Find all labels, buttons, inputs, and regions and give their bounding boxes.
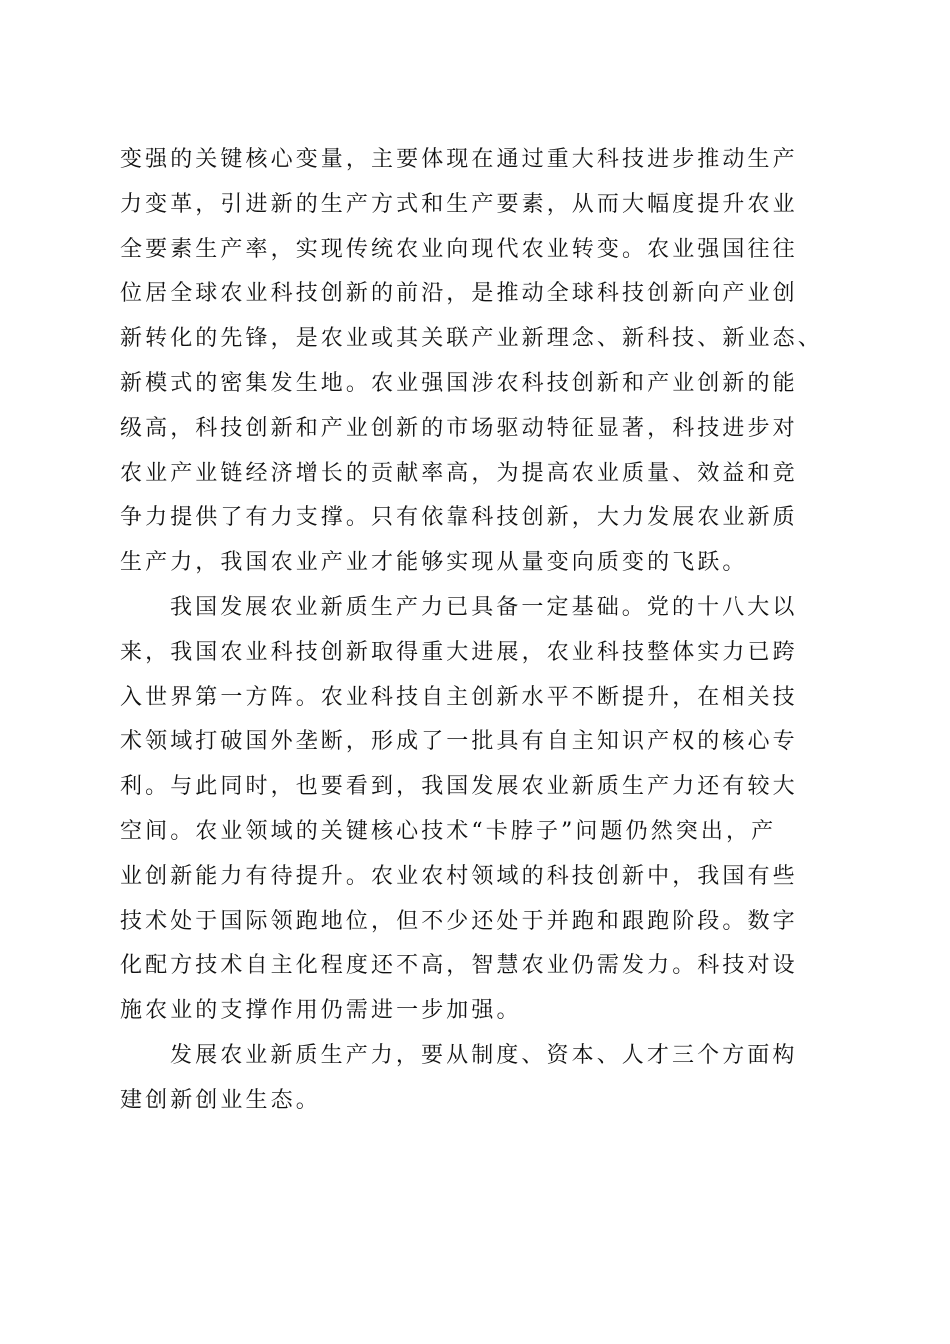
text-line: 全要素生产率，实现传统农业向现代农业转变。农业强国往往 <box>120 228 840 273</box>
text-line: 术领域打破国外垄断，形成了一批具有自主知识产权的核心专 <box>120 720 840 765</box>
text-line: 力变革，引进新的生产方式和生产要素，从而大幅度提升农业 <box>120 183 840 228</box>
text-line: 空间。农业领域的关键核心技术“卡脖子”问题仍然突出，产 <box>120 810 840 855</box>
text-line: 级高，科技创新和产业创新的市场驱动特征显著，科技进步对 <box>120 407 840 452</box>
text-line: 变强的关键核心变量，主要体现在通过重大科技进步推动生产 <box>120 138 840 183</box>
text-line: 施农业的支撑作用仍需进一步加强。 <box>120 989 840 1034</box>
text-line: 农业产业链经济增长的贡献率高，为提高农业质量、效益和竞 <box>120 452 840 497</box>
text-line: 化配方技术自主化程度还不高，智慧农业仍需发力。科技对设 <box>120 944 840 989</box>
text-line: 争力提供了有力支撑。只有依靠科技创新，大力发展农业新质 <box>120 496 840 541</box>
text-line: 发展农业新质生产力，要从制度、资本、人才三个方面构 <box>120 1034 840 1079</box>
document-page: 变强的关键核心变量，主要体现在通过重大科技进步推动生产 力变革，引进新的生产方式… <box>120 138 840 1124</box>
text-line: 来，我国农业科技创新取得重大进展，农业科技整体实力已跨 <box>120 631 840 676</box>
text-line: 生产力，我国农业产业才能够实现从量变向质变的飞跃。 <box>120 541 840 586</box>
paragraph-2: 我国发展农业新质生产力已具备一定基础。党的十八大以 来，我国农业科技创新取得重大… <box>120 586 840 1034</box>
text-line: 业创新能力有待提升。农业农村领域的科技创新中，我国有些 <box>120 855 840 900</box>
paragraph-3: 发展农业新质生产力，要从制度、资本、人才三个方面构 建创新创业生态。 <box>120 1034 840 1124</box>
text-line: 技术处于国际领跑地位，但不少还处于并跑和跟跑阶段。数字 <box>120 900 840 945</box>
text-line: 新模式的密集发生地。农业强国涉农科技创新和产业创新的能 <box>120 362 840 407</box>
text-line: 入世界第一方阵。农业科技自主创新水平不断提升，在相关技 <box>120 676 840 721</box>
text-line: 建创新创业生态。 <box>120 1079 840 1124</box>
paragraph-1: 变强的关键核心变量，主要体现在通过重大科技进步推动生产 力变革，引进新的生产方式… <box>120 138 840 586</box>
text-line: 我国发展农业新质生产力已具备一定基础。党的十八大以 <box>120 586 840 631</box>
text-line: 利。与此同时，也要看到，我国发展农业新质生产力还有较大 <box>120 765 840 810</box>
text-line: 位居全球农业科技创新的前沿，是推动全球科技创新向产业创 <box>120 272 840 317</box>
text-line: 新转化的先锋，是农业或其关联产业新理念、新科技、新业态、 <box>120 317 840 362</box>
